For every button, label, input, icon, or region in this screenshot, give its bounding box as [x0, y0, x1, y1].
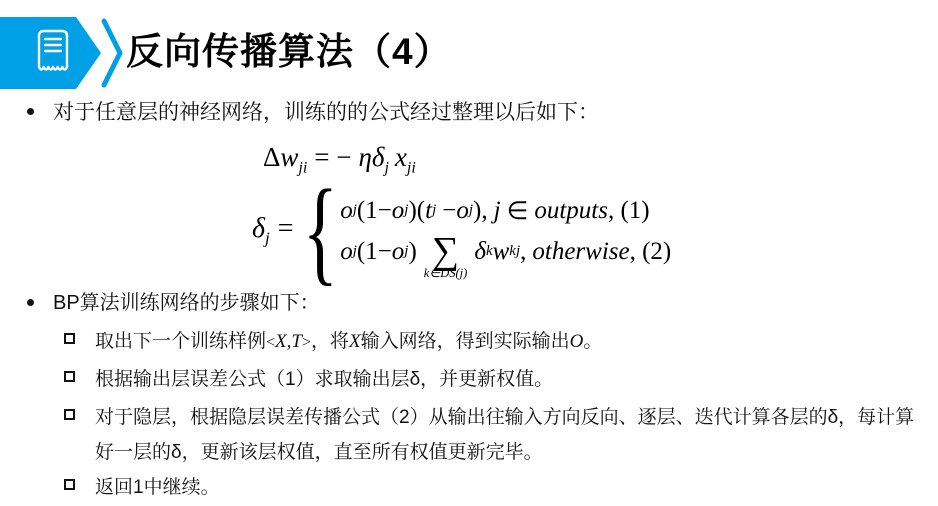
page-title: 反向传播算法（4） — [126, 29, 452, 75]
sum-limit: k∈DS(j) — [424, 267, 468, 280]
math-token: j — [488, 197, 501, 225]
step-text: 根据输出层误差公式（1）求取输出层δ，并更新权值。 — [95, 362, 553, 397]
math-token: x — [389, 142, 407, 173]
math-token: (1− — [357, 238, 392, 266]
angle-bracket: < — [266, 334, 275, 351]
left-brace: { — [302, 185, 337, 277]
math-token: o — [340, 197, 353, 225]
math-token: outputs — [528, 197, 608, 225]
step-item-4: 返回1中继续。 — [64, 470, 220, 505]
math-token: ηδ — [359, 142, 385, 173]
math-subscript: kj — [509, 243, 520, 260]
step-text-segment: 。 — [583, 331, 602, 352]
math-token: o — [456, 197, 469, 225]
bullet-text: 对于任意层的神经网络，训练的的公式经过整理以后如下： — [53, 99, 599, 126]
math-token: w — [280, 142, 298, 173]
sigma-icon: ∑ — [432, 235, 459, 267]
math-token: ∈ — [501, 196, 529, 226]
step-text-segment: ，将 — [311, 331, 349, 352]
case-outputs: oj(1−oj)(tj−oj),j∈outputs, (1) — [340, 190, 671, 231]
step-item-2: 根据输出层误差公式（1）求取输出层δ，并更新权值。 — [64, 362, 553, 397]
math-token: ) — [408, 238, 416, 266]
summation: ∑k∈DS(j) — [424, 235, 468, 280]
math-token: w — [493, 238, 510, 266]
bullet-dot-icon — [27, 108, 34, 115]
angle-bracket: > — [302, 334, 311, 351]
formula-lhs: δj= — [252, 213, 294, 249]
math-token: o — [340, 238, 353, 266]
step-text: 返回1中继续。 — [95, 470, 220, 505]
banner-shape — [0, 17, 101, 89]
header-banner — [0, 15, 124, 93]
step-text: 取出下一个训练样例<X,T>，将X输入网络，得到实际输出O。 — [95, 324, 602, 360]
bullet-dot-icon — [27, 299, 34, 306]
case-list: oj(1−oj)(tj−oj),j∈outputs, (1) oj(1−oj)∑… — [340, 190, 671, 272]
step-text-segment: 取出下一个训练样例 — [95, 331, 266, 352]
math-token: δ — [252, 213, 265, 245]
square-bullet-icon — [64, 333, 75, 344]
math-subscript: ji — [407, 159, 416, 176]
math-token: = — [270, 213, 294, 245]
step-text-segment: 输入网络，得到实际输出 — [361, 331, 570, 352]
math-var: X — [349, 331, 361, 352]
step-item-1: 取出下一个训练样例<X,T>，将X输入网络，得到实际输出O。 — [64, 324, 602, 360]
formula-delta-cases: δj= { oj(1−oj)(tj−oj),j∈outputs, (1) oj(… — [252, 185, 671, 277]
math-var: O — [570, 331, 584, 352]
square-bullet-icon — [64, 371, 75, 382]
bullet-item-formula-intro: 对于任意层的神经网络，训练的的公式经过整理以后如下： — [27, 99, 599, 126]
math-token: (1− — [357, 197, 392, 225]
math-subscript: k — [486, 243, 493, 260]
slide: 反向传播算法（4） 对于任意层的神经网络，训练的的公式经过整理以后如下： Δwj… — [0, 0, 938, 506]
math-token: , (1) — [608, 197, 650, 225]
square-bullet-icon — [64, 479, 75, 490]
bullet-text: BP算法训练网络的步骤如下： — [53, 290, 320, 316]
step-item-3: 对于隐层，根据隐层误差传播公式（2）从输出往输入方向反向、逐层、迭代计算各层的δ… — [64, 400, 924, 470]
math-token: o — [392, 238, 405, 266]
square-bullet-icon — [64, 409, 75, 420]
formula-weight-update: Δwji= −ηδjxji — [263, 142, 416, 177]
chevron-right-icon — [104, 21, 120, 85]
step-text: 对于隐层，根据隐层误差传播公式（2）从输出往输入方向反向、逐层、迭代计算各层的δ… — [95, 400, 924, 470]
math-token: δ — [474, 238, 486, 266]
math-token: ), — [473, 197, 488, 225]
math-token: − — [436, 197, 456, 225]
math-token: )( — [408, 197, 425, 225]
math-token: otherwise — [526, 238, 629, 266]
math-token: Δ — [263, 142, 280, 173]
math-token: o — [392, 197, 405, 225]
case-otherwise: oj(1−oj)∑k∈DS(j)δkwkj,otherwise, (2) — [340, 231, 671, 272]
math-var: X,T — [275, 331, 302, 352]
math-token: , (2) — [630, 238, 672, 266]
bullet-item-steps-intro: BP算法训练网络的步骤如下： — [27, 290, 320, 316]
